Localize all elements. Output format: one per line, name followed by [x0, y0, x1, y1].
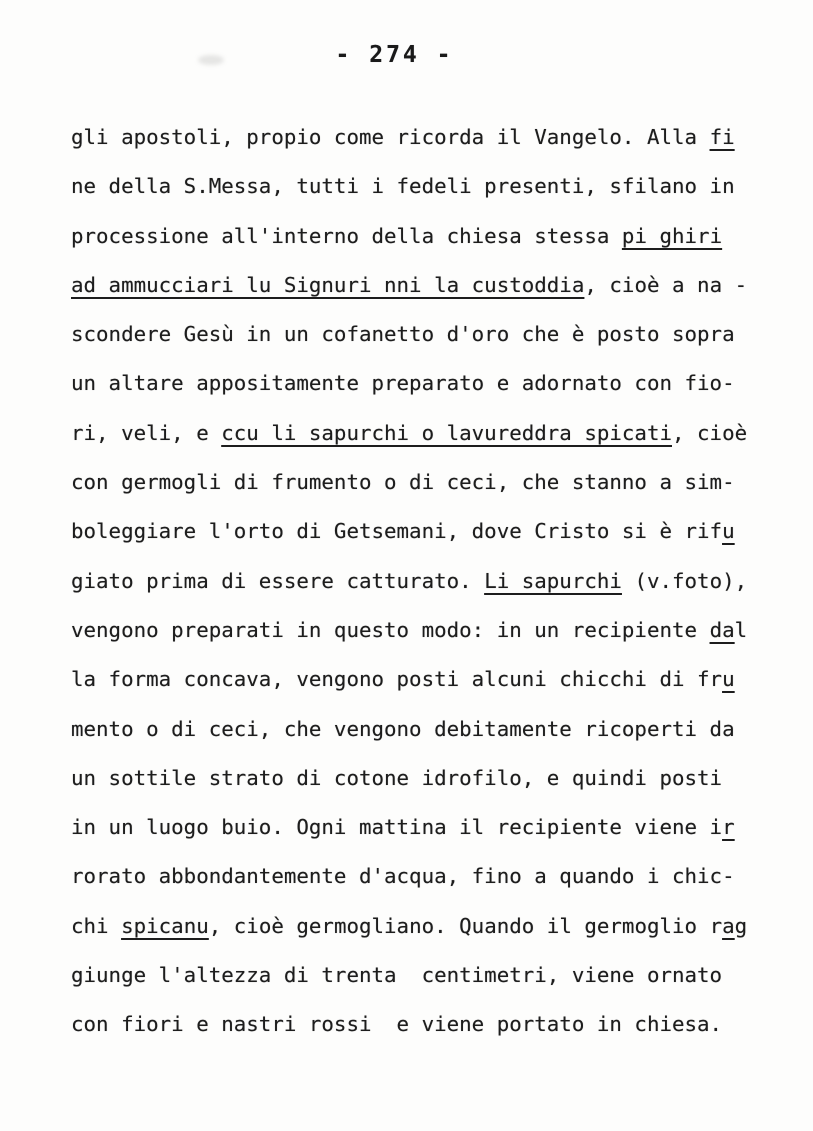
text-run: mento o di ceci, che vengono debitamente… [71, 717, 735, 741]
text-run: un altare appositamente preparato e ador… [71, 371, 735, 395]
text-run: un sottile strato di cotone idrofilo, e … [71, 766, 722, 790]
text-line: con fiori e nastri rossi e viene portato… [71, 1000, 771, 1049]
text-run: g [735, 914, 748, 938]
text-run: l [735, 618, 748, 642]
underlined-term: ad ammucciari lu Signuri nni la custoddi… [71, 273, 584, 297]
text-run: chi [71, 914, 121, 938]
underlined-term: da [710, 618, 735, 642]
text-run: la forma concava, vengono posti alcuni c… [71, 667, 722, 691]
text-run: , cioè germogliano. Quando il germoglio … [209, 914, 722, 938]
text-line: in un luogo buio. Ogni mattina il recipi… [71, 803, 771, 852]
underlined-term: fi [710, 125, 735, 149]
text-run: rorato abbondantemente d'acqua, fino a q… [71, 864, 735, 888]
text-run: con germogli di frumento o di ceci, che … [71, 470, 735, 494]
underlined-term: Li sapurchi [484, 569, 622, 593]
text-line: con germogli di frumento o di ceci, che … [71, 458, 771, 507]
text-run: (v.foto), [622, 569, 747, 593]
text-run: , cioè [672, 421, 747, 445]
text-line: processione all'interno della chiesa ste… [71, 212, 771, 261]
underlined-term: a [722, 914, 735, 938]
document-page: - 274 - gli apostoli, propio come ricord… [0, 0, 813, 1131]
text-line: un sottile strato di cotone idrofilo, e … [71, 754, 771, 803]
text-run: , cioè a na - [584, 273, 747, 297]
text-run: vengono preparati in questo modo: in un … [71, 618, 710, 642]
underlined-term: r [722, 815, 735, 839]
text-run: ne della S.Messa, tutti i fedeli present… [71, 174, 735, 198]
underlined-term: spicanu [121, 914, 209, 938]
text-run: giunge l'altezza di trenta centimetri, v… [71, 963, 722, 987]
text-line: un altare appositamente preparato e ador… [71, 359, 771, 408]
text-run: giato prima di essere catturato. [71, 569, 484, 593]
page-header: - 274 - [0, 42, 813, 68]
text-line: mento o di ceci, che vengono debitamente… [71, 705, 771, 754]
text-line: scondere Gesù in un cofanetto d'oro che … [71, 310, 771, 359]
page-number: - 274 - [336, 42, 454, 68]
text-line: ne della S.Messa, tutti i fedeli present… [71, 162, 771, 211]
text-run: in un luogo buio. Ogni mattina il recipi… [71, 815, 722, 839]
text-line: vengono preparati in questo modo: in un … [71, 606, 771, 655]
text-line: giunge l'altezza di trenta centimetri, v… [71, 951, 771, 1000]
text-line: rorato abbondantemente d'acqua, fino a q… [71, 852, 771, 901]
text-line: giato prima di essere catturato. Li sapu… [71, 557, 771, 606]
text-line: la forma concava, vengono posti alcuni c… [71, 655, 771, 704]
text-run: con fiori e nastri rossi e viene portato… [71, 1012, 722, 1036]
text-line: ri, veli, e ccu li sapurchi o lavureddra… [71, 409, 771, 458]
text-line: gli apostoli, propio come ricorda il Van… [71, 113, 771, 162]
text-run: processione all'interno della chiesa ste… [71, 224, 622, 248]
text-run: scondere Gesù in un cofanetto d'oro che … [71, 322, 735, 346]
underlined-term: u [722, 519, 735, 543]
underlined-term: pi ghiri [622, 224, 722, 248]
text-line: chi spicanu, cioè germogliano. Quando il… [71, 902, 771, 951]
text-run: boleggiare l'orto di Getsemani, dove Cri… [71, 519, 722, 543]
underlined-term: u [722, 667, 735, 691]
text-run: gli apostoli, propio come ricorda il Van… [71, 125, 710, 149]
underlined-term: ccu li sapurchi o lavureddra spicati [221, 421, 672, 445]
text-run: ri, veli, e [71, 421, 221, 445]
text-line: boleggiare l'orto di Getsemani, dove Cri… [71, 507, 771, 556]
page-body: gli apostoli, propio come ricorda il Van… [71, 113, 771, 1050]
text-line: ad ammucciari lu Signuri nni la custoddi… [71, 261, 771, 310]
